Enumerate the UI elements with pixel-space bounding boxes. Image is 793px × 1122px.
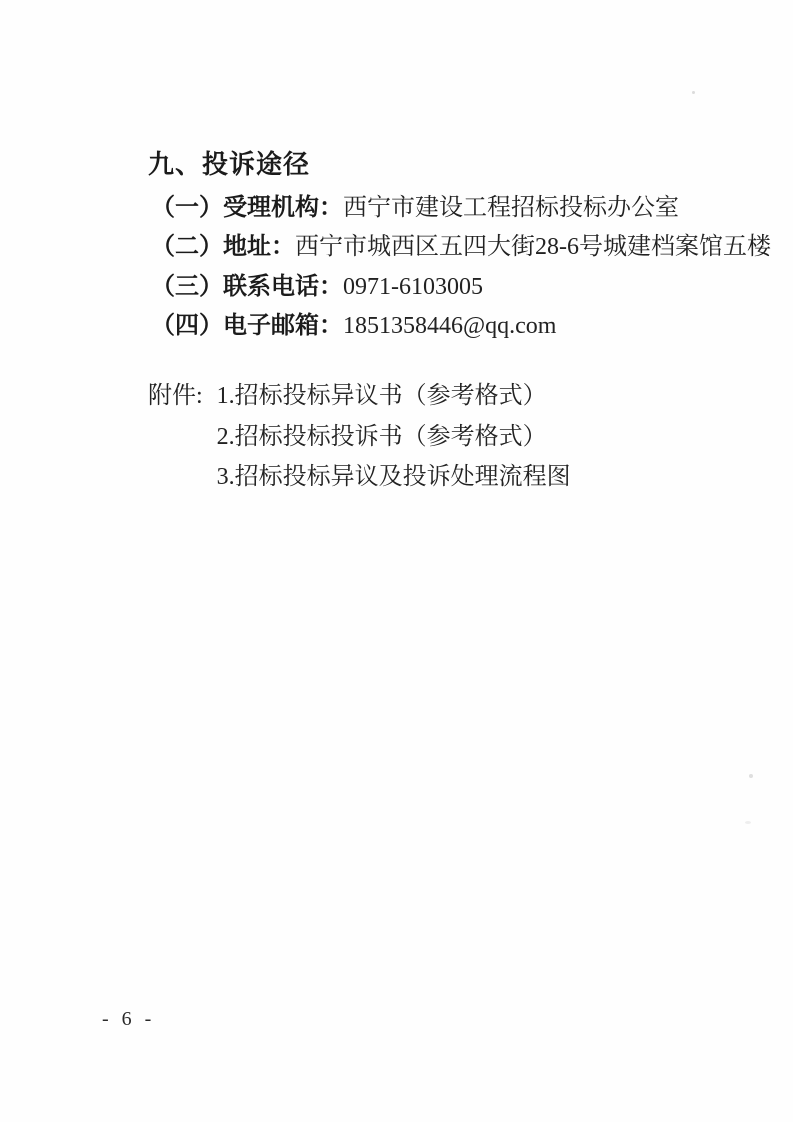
attachment-item: 3.招标投标异议及投诉处理流程图	[217, 457, 571, 498]
attachments-block: 附件: 1.招标投标异议书（参考格式） 2.招标投标投诉书（参考格式） 3.招标…	[148, 376, 571, 498]
contact-label: （一）受理机构：	[151, 195, 343, 221]
contact-line-address: （二）地址：西宁市城西区五四大街28-6号城建档案馆五楼	[151, 226, 771, 261]
contact-line-email: （四）电子邮箱：1851358446@qq.com	[151, 305, 556, 340]
contact-label: （四）电子邮箱：	[151, 313, 343, 339]
scan-artifact-speck	[745, 821, 751, 824]
contact-value: 西宁市建设工程招标投标办公室	[343, 195, 679, 221]
scanned-document-page: 九、投诉途径 （一）受理机构：西宁市建设工程招标投标办公室 （二）地址：西宁市城…	[0, 0, 793, 1122]
scan-artifact-speck	[692, 91, 695, 94]
contact-line-accepting-agency: （一）受理机构：西宁市建设工程招标投标办公室	[151, 187, 679, 222]
contact-value: 1851358446@qq.com	[343, 313, 556, 339]
page-number: - 6 -	[102, 1008, 155, 1031]
scan-artifact-speck	[749, 774, 753, 778]
attachments-list: 1.招标投标异议书（参考格式） 2.招标投标投诉书（参考格式） 3.招标投标异议…	[217, 376, 571, 498]
contact-label: （三）联系电话：	[151, 274, 343, 300]
attachments-label: 附件:	[148, 376, 203, 417]
attachment-item: 1.招标投标异议书（参考格式）	[217, 376, 571, 417]
attachment-item: 2.招标投标投诉书（参考格式）	[217, 417, 571, 458]
contact-value: 西宁市城西区五四大街28-6号城建档案馆五楼	[295, 234, 771, 260]
section-heading: 九、投诉途径	[148, 144, 310, 181]
contact-value: 0971-6103005	[343, 274, 483, 300]
contact-label: （二）地址：	[151, 234, 295, 260]
contact-line-phone: （三）联系电话：0971-6103005	[151, 266, 483, 301]
